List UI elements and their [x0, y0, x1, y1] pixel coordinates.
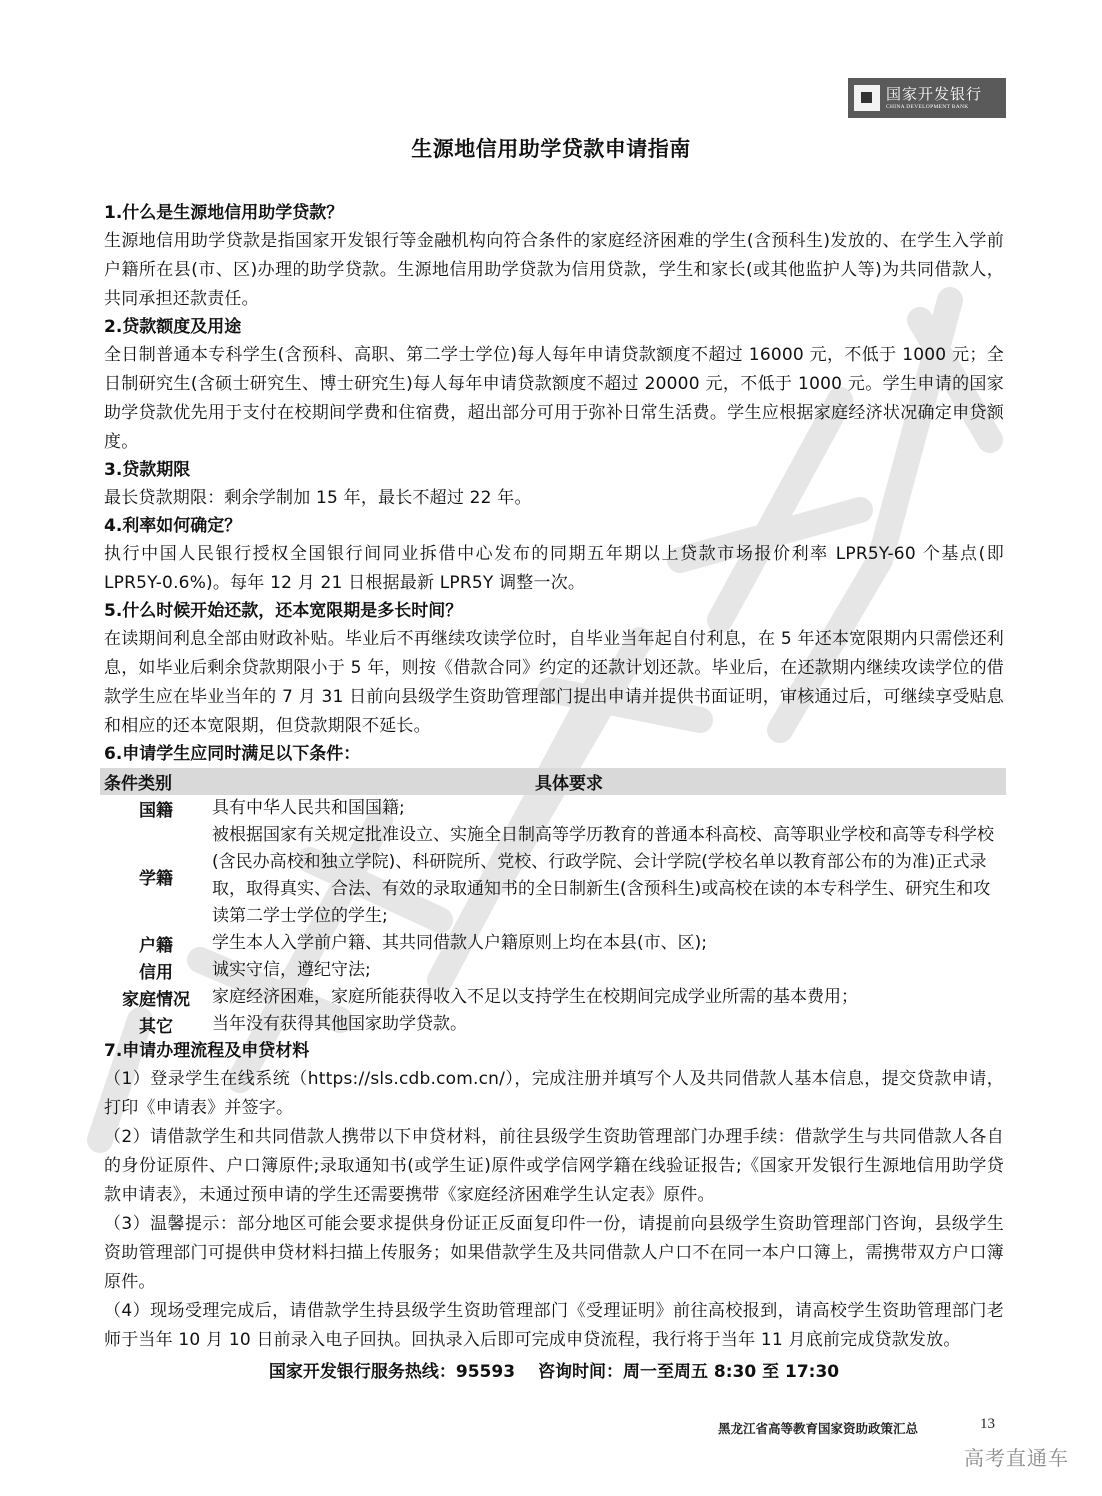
step-1-text: （1）登录学生在线系统（https://sls.cdb.com.cn/），完成注… [104, 1065, 1004, 1123]
section-2-heading: 2.贷款额度及用途 [104, 314, 1004, 341]
section-3-text: 最长贷款期限：剩余学制加 15 年，最长不超过 22 年。 [104, 484, 1004, 513]
service-hotline: 国家开发银行服务热线：95593 咨询时间：周一至周五 8:30 至 17:30 [104, 1357, 1004, 1387]
row-category: 户籍 [100, 931, 212, 956]
conditions-table: 条件类别 具体要求 国籍 具有中华人民共和国国籍; 学籍 被根据国家有关规定批准… [100, 768, 1006, 1038]
bank-emblem-icon [854, 85, 880, 111]
section-5-heading: 5.什么时候开始还款，还本宽限期是多长时间？ [104, 598, 1004, 625]
document-body: 1.什么是生源地信用助学贷款？ 生源地信用助学贷款是指国家开发银行等金融机构向符… [104, 200, 1004, 1387]
table-row: 信用 诚实守信，遵纪守法; [100, 957, 1006, 984]
section-4-text: 执行中国人民银行授权全国银行间同业拆借中心发布的同期五年期以上贷款市场报价利率 … [104, 540, 1004, 598]
row-category: 其它 [100, 1012, 212, 1037]
section-4-heading: 4.利率如何确定？ [104, 513, 1004, 540]
header-category: 条件类别 [100, 769, 212, 794]
row-category: 国籍 [100, 796, 212, 821]
row-requirement: 家庭经济困难，家庭所能获得收入不足以支持学生在校期间完成学业所需的基本费用； [212, 984, 1006, 1011]
row-requirement: 诚实守信，遵纪守法; [212, 957, 1006, 984]
step-3-text: （3）温馨提示：部分地区可能会要求提供身份证正反面复印件一份，请提前向县级学生资… [104, 1210, 1004, 1297]
table-row: 学籍 被根据国家有关规定批准设立、实施全日制高等学历教育的普通本科高校、高等职业… [100, 822, 1006, 930]
row-requirement: 当年没有获得其他国家助学贷款。 [212, 1011, 1006, 1038]
source-watermark: 高考直通车 [964, 1442, 1069, 1471]
header-requirement: 具体要求 [212, 769, 1006, 794]
step-4-text: （4）现场受理完成后，请借款学生持县级学生资助管理部门《受理证明》前往高校报到，… [104, 1297, 1004, 1355]
section-1-text: 生源地信用助学贷款是指国家开发银行等金融机构向符合条件的家庭经济困难的学生(含预… [104, 227, 1004, 314]
section-6-heading: 6.申请学生应同时满足以下条件： [104, 741, 1004, 768]
row-category: 家庭情况 [100, 985, 212, 1010]
section-2-text: 全日制普通本专科学生(含预科、高职、第二学士学位)每人每年申请贷款额度不超过 1… [104, 341, 1004, 457]
row-requirement: 被根据国家有关规定批准设立、实施全日制高等学历教育的普通本科高校、高等职业学校和… [212, 822, 1006, 930]
page-title: 生源地信用助学贷款申请指南 [0, 133, 1102, 163]
logo-en-text: CHINA DEVELOPMENT BANK [886, 103, 982, 111]
row-category: 学籍 [100, 864, 212, 889]
section-5-text: 在读期间利息全部由财政补贴。毕业后不再继续攻读学位时，自毕业当年起自付利息，在 … [104, 625, 1004, 741]
section-1-heading: 1.什么是生源地信用助学贷款？ [104, 200, 1004, 227]
row-category: 信用 [100, 958, 212, 983]
page-number: 13 [980, 1416, 995, 1433]
logo-cn-text: 国家开发银行 [886, 85, 982, 103]
section-3-heading: 3.贷款期限 [104, 457, 1004, 484]
step-2-text: （2）请借款学生和共同借款人携带以下申贷材料，前往县级学生资助管理部门办理手续：… [104, 1123, 1004, 1210]
table-row: 户籍 学生本人入学前户籍、其共同借款人户籍原则上均在本县(市、区); [100, 930, 1006, 957]
table-row: 其它 当年没有获得其他国家助学贷款。 [100, 1011, 1006, 1038]
booklet-title: 黑龙江省高等教育国家资助政策汇总 [718, 1419, 918, 1437]
table-row: 国籍 具有中华人民共和国国籍; [100, 795, 1006, 822]
bank-logo: 国家开发银行 CHINA DEVELOPMENT BANK [848, 78, 1006, 118]
table-header: 条件类别 具体要求 [100, 768, 1006, 795]
row-requirement: 学生本人入学前户籍、其共同借款人户籍原则上均在本县(市、区); [212, 930, 1006, 957]
row-requirement: 具有中华人民共和国国籍; [212, 795, 1006, 822]
table-row: 家庭情况 家庭经济困难，家庭所能获得收入不足以支持学生在校期间完成学业所需的基本… [100, 984, 1006, 1011]
section-7-heading: 7.申请办理流程及申贷材料 [104, 1038, 1004, 1065]
